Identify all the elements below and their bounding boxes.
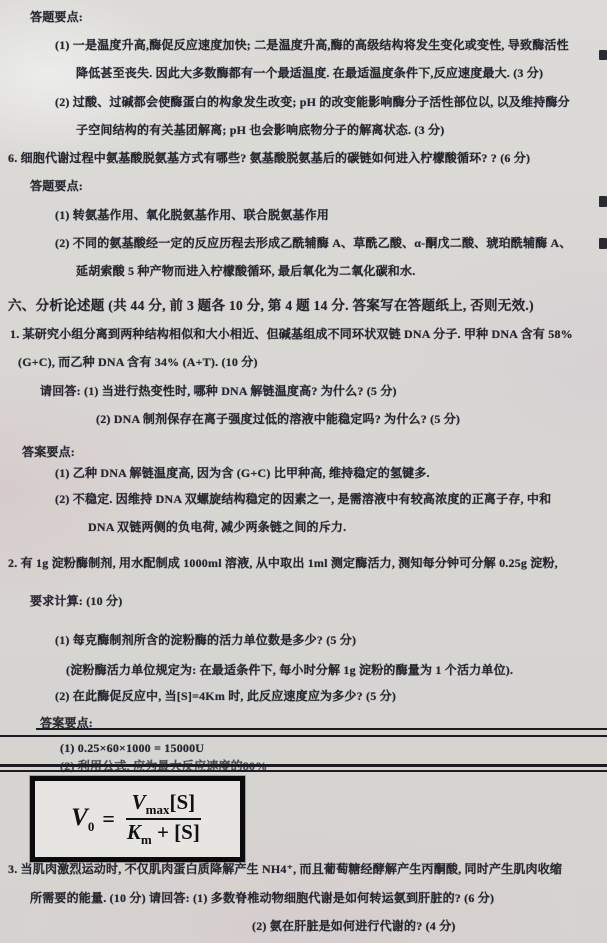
q6-answer-2-line2: 延胡索酸 5 种产物而进入柠檬酸循环, 最后氧化为二氧化碳和水. — [76, 262, 415, 279]
e1-answer-1: (1) 乙种 DNA 解链温度高, 因为含 (G+C) 比甲种高, 维持稳定的氢… — [55, 464, 430, 481]
essay-q1-line1: 1. 某研究小组分离到两种结构相似和大小相近、但碱基组成不同环状双链 DNA 分… — [10, 325, 573, 342]
essay-q1-sub1: 请回答: (1) 当进行热变性时, 哪种 DNA 解链温度高? 为什么? (5 … — [40, 382, 397, 399]
scan-artifact — [599, 238, 607, 249]
formula-fraction: Vmax[S] Km + [S] — [123, 791, 204, 847]
rule-strikethrough — [0, 764, 607, 767]
scanned-exam-page: 答题要点:(1) 一是温度升高,酶促反应速度加快; 二是温度升高,酶的高级结构将… — [0, 0, 607, 943]
formula-denominator: Km + [S] — [123, 820, 204, 847]
q5-answer-2-line2: 子空间结构的有关基团解离; pH 也会影响底物分子的解离状态. (3 分) — [76, 121, 444, 138]
question-6: 6. 细胞代谢过程中氨基酸脱氨基方式有哪些? 氨基酸脱氨基后的碳链如何进入柠檬酸… — [8, 149, 530, 166]
answer-points-heading-6: 答题要点: — [30, 177, 83, 194]
rule-full-1 — [0, 735, 607, 737]
section-heading: 六、分析论述题 (共 44 分, 前 3 题各 10 分, 第 4 题 14 分… — [8, 294, 534, 314]
essay-q2-note: (淀粉酶活力单位规定为: 在最适条件下, 每小时分解 1g 淀粉的酶量为 1 个… — [66, 661, 513, 678]
essay-q2-line2: 要求计算: (10 分) — [30, 592, 122, 609]
essay-q2-sub1: (1) 每克酶制剂所含的淀粉酶的活力单位数是多少? (5 分) — [55, 631, 356, 648]
essay-q3-sub2: (2) 氨在肝脏是如何进行代谢的? (4 分) — [252, 917, 456, 934]
essay-q1-sub2: (2) DNA 制剂保存在离子强度过低的溶液中能稳定吗? 为什么? (5 分) — [96, 410, 460, 427]
e2-answer-1: (1) 0.25×60×1000 = 15000U — [60, 741, 204, 756]
q5-answer-1-line1: (1) 一是温度升高,酶促反应速度加快; 二是温度升高,酶的高级结构将发生变化或… — [55, 36, 569, 53]
essay-q2-line1: 2. 有 1g 淀粉酶制剂, 用水配制成 1000ml 溶液, 从中取出 1ml… — [8, 554, 558, 571]
q5-answer-1-line2: 降低甚至丧失. 因此大多数酶都有一个最适温度. 在最适温度条件下,反应速度最大.… — [76, 64, 543, 81]
q5-answer-2-line1: (2) 过酸、过碱都会使酶蛋白的构象发生改变; pH 的改变能影响酶分子活性部位… — [55, 93, 570, 110]
rule-full-2 — [0, 770, 607, 772]
answer-points-heading-e1: 答案要点: — [22, 443, 75, 460]
formula-v0: V0 — [71, 804, 94, 835]
answer-points-heading-5: 答题要点: — [30, 8, 83, 25]
scan-artifact — [599, 50, 607, 60]
e1-answer-2-line1: (2) 不稳定. 因维持 DNA 双螺旋结构稳定的因素之一, 是需溶液中有较高浓… — [55, 490, 551, 507]
e1-answer-2-line2: DNA 双链两侧的负电荷, 减少两条链之间的斥力. — [88, 518, 346, 535]
scan-artifact — [599, 196, 607, 207]
q6-answer-1: (1) 转氨基作用、氧化脱氨基作用、联合脱氨基作用 — [55, 206, 329, 223]
formula-equals: = — [102, 806, 115, 832]
essay-q3-line2: 所需要的能量. (10 分) 请回答: (1) 多数脊椎动物细胞代谢是如何转运氨… — [30, 889, 494, 906]
essay-q3-line1: 3. 当肌肉激烈运动时, 不仅肌肉蛋白质降解产生 NH4⁺, 而且葡萄糖经酵解产… — [8, 860, 562, 877]
essay-q1-line2: (G+C), 而乙种 DNA 含有 34% (A+T). (10 分) — [18, 353, 258, 370]
michaelis-menten-formula-box: V0 = Vmax[S] Km + [S] — [30, 776, 245, 862]
formula-numerator: Vmax[S] — [126, 791, 202, 820]
essay-q2-sub2: (2) 在此酶促反应中, 当[S]=4Km 时, 此反应速度应为多少? (5 分… — [55, 687, 396, 704]
q6-answer-2-line1: (2) 不同的氨基酸经一定的反应历程去形成乙酰辅酶 A、草酰乙酸、α-酮戊二酸、… — [55, 234, 572, 251]
rule-under-answer-heading — [36, 728, 607, 730]
